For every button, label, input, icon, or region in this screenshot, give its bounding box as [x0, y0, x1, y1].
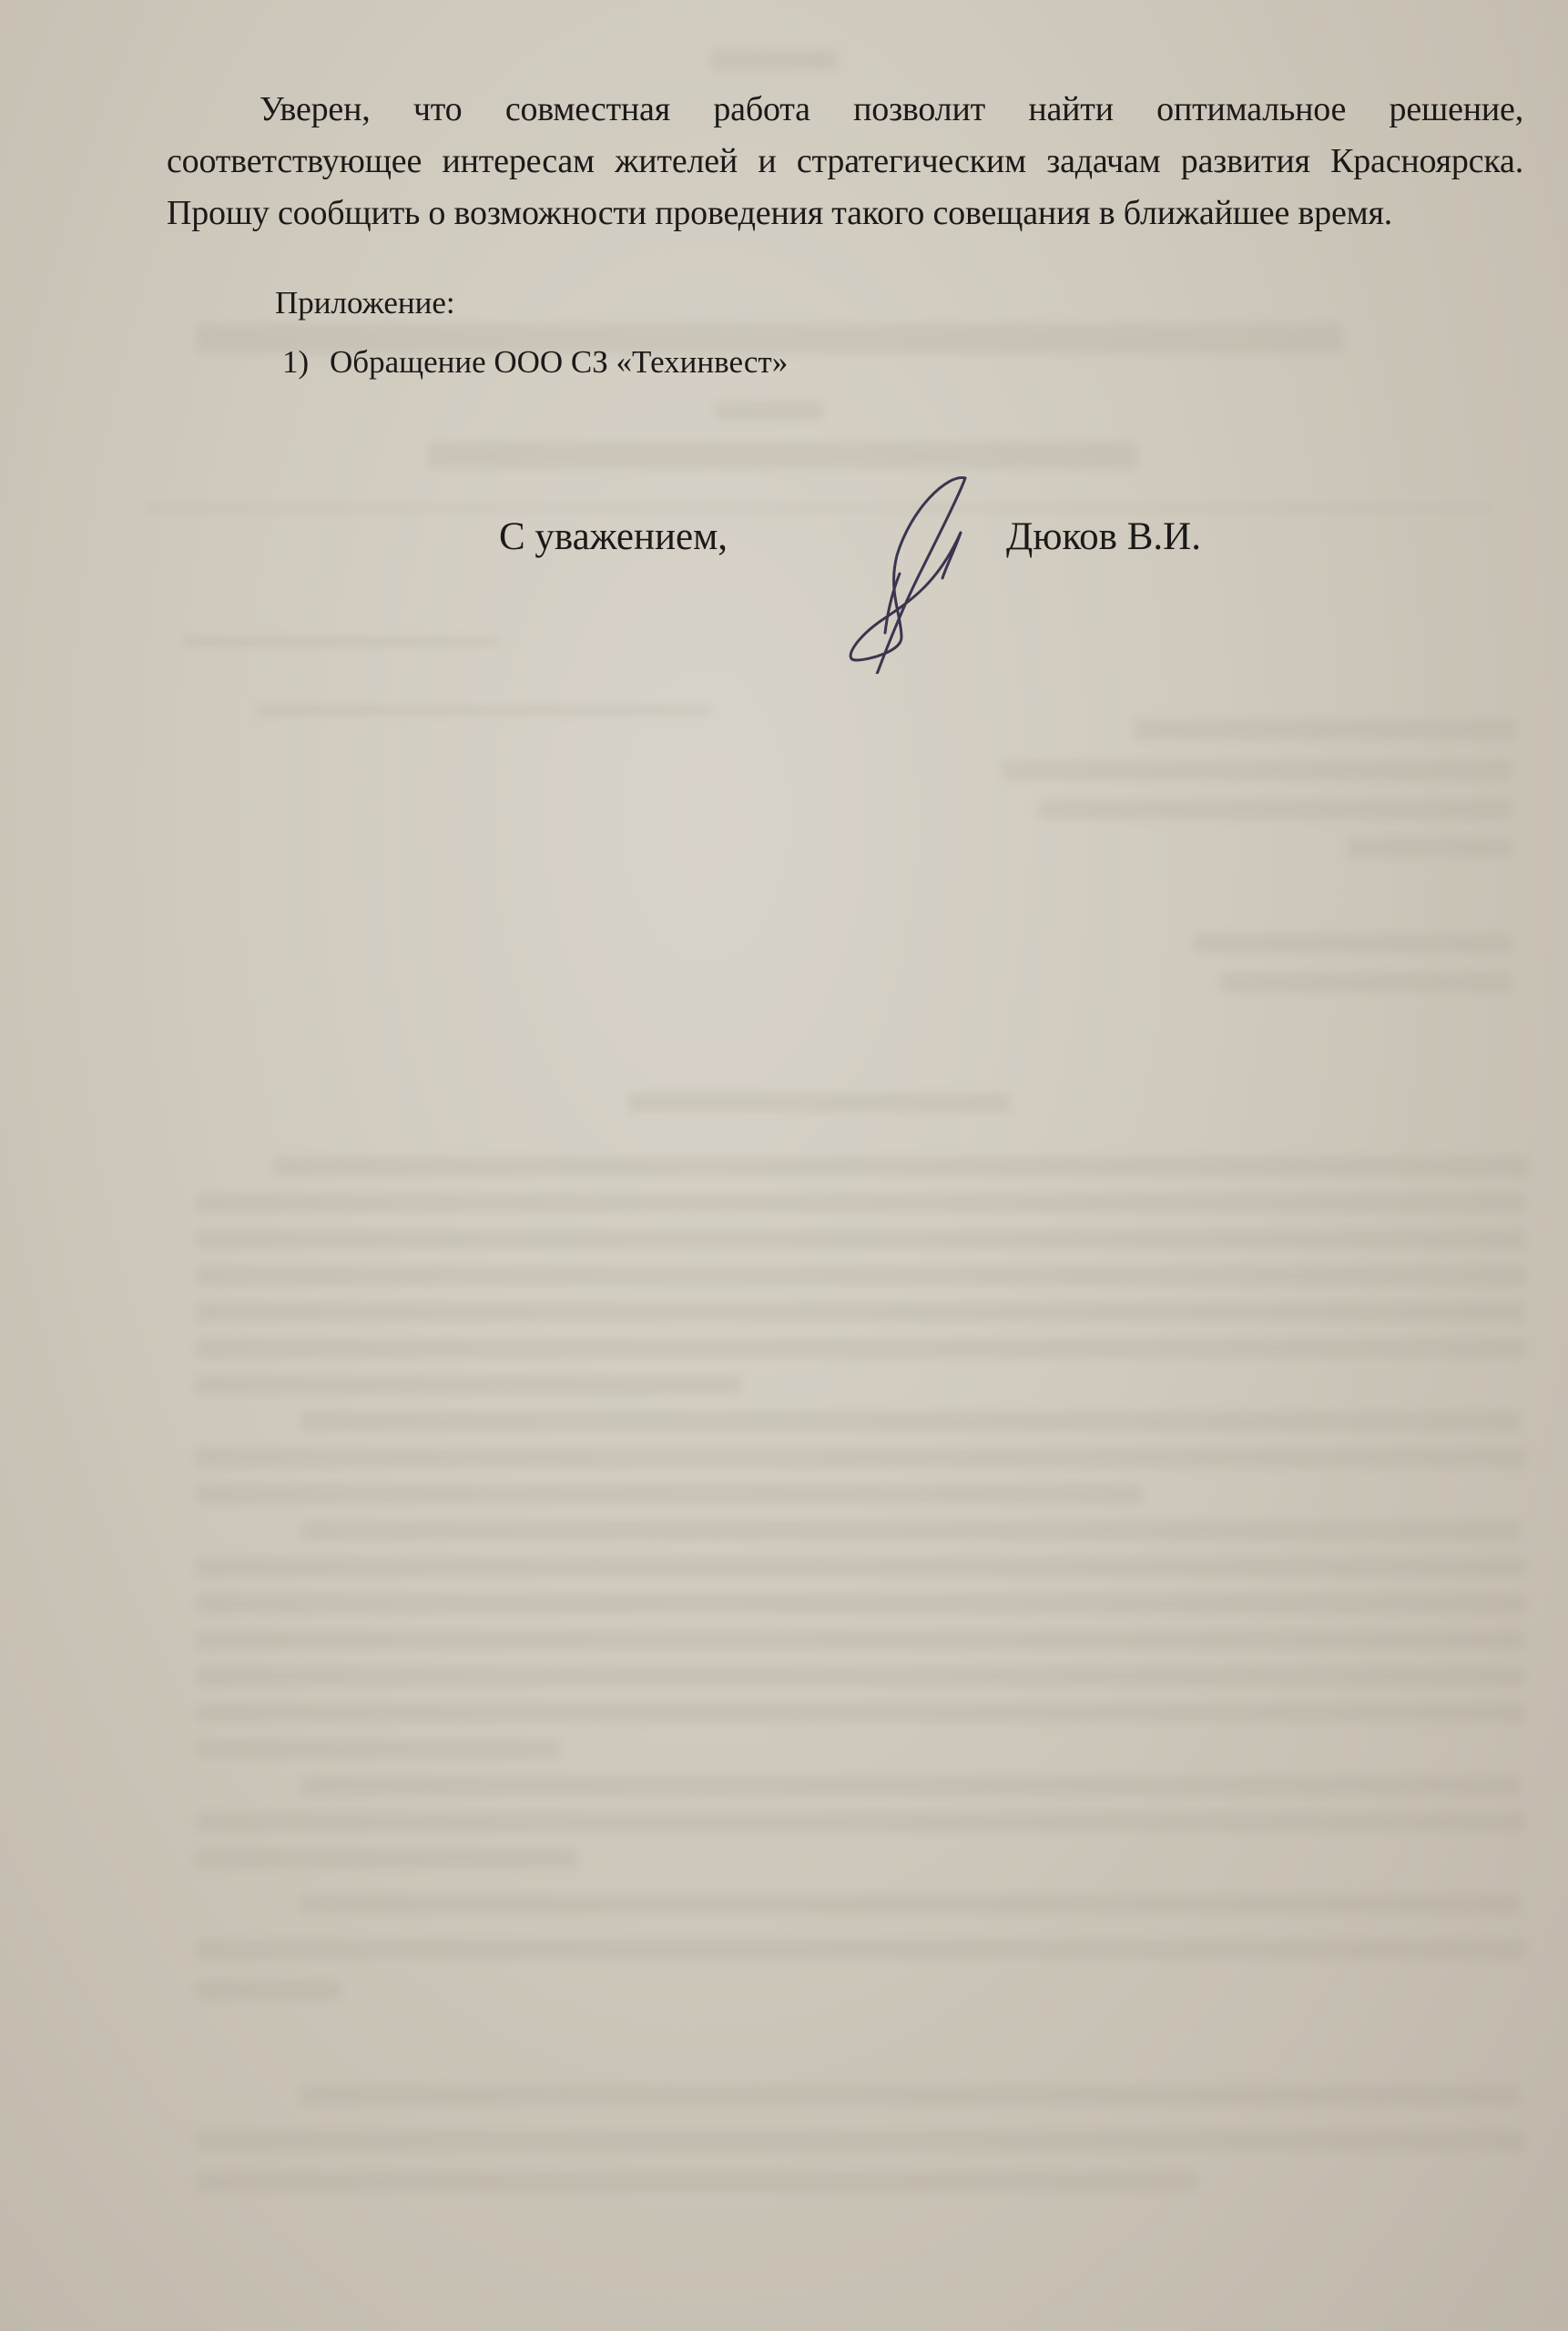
appendix-item: 1)Обращение ООО СЗ «Техинвест»	[282, 344, 788, 381]
body-paragraph: Уверен, что совместная работа позволит н…	[167, 84, 1523, 239]
appendix-item-text: Обращение ООО СЗ «Техинвест»	[330, 344, 788, 380]
closing-phrase: С уважением,	[499, 514, 728, 559]
signer-name: Дюков В.И.	[1006, 514, 1201, 559]
handwritten-signature	[801, 455, 983, 674]
document-page: Уверен, что совместная работа позволит н…	[0, 0, 1568, 2331]
appendix-item-number: 1)	[282, 344, 330, 381]
appendix-label: Приложение:	[275, 285, 455, 321]
